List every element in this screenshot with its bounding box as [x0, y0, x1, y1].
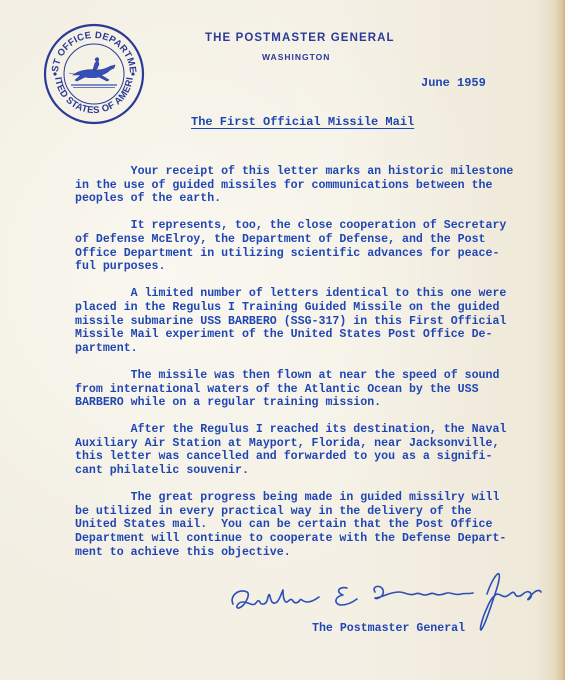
seal-emblem-icon: POST OFFICE DEPARTMENT UNITED STATES OF … — [43, 23, 145, 125]
closing-title: The Postmaster General — [312, 622, 465, 635]
paragraph-6: The great progress being made in guided … — [75, 491, 545, 559]
paragraph-2: It represents, too, the close cooperatio… — [75, 219, 545, 273]
letter-date: June 1959 — [421, 76, 486, 90]
paragraph-5: After the Regulus I reached its destinat… — [75, 423, 545, 477]
paper-edge — [555, 0, 565, 680]
letterhead-location: WASHINGTON — [262, 52, 330, 62]
paragraph-3: A limited number of letters identical to… — [75, 287, 545, 355]
svg-text:POST OFFICE DEPARTMENT: POST OFFICE DEPARTMENT — [43, 23, 138, 74]
paragraph-4: The missile was then flown at near the s… — [75, 369, 545, 410]
post-office-seal: POST OFFICE DEPARTMENT UNITED STATES OF … — [43, 23, 145, 125]
horse-and-rider-icon — [69, 58, 115, 81]
letter-body: Your receipt of this letter marks an his… — [75, 165, 545, 573]
letterhead-title: THE POSTMASTER GENERAL — [205, 32, 395, 44]
paragraph-1: Your receipt of this letter marks an his… — [75, 165, 545, 206]
letter-subject: The First Official Missile Mail — [191, 115, 414, 129]
